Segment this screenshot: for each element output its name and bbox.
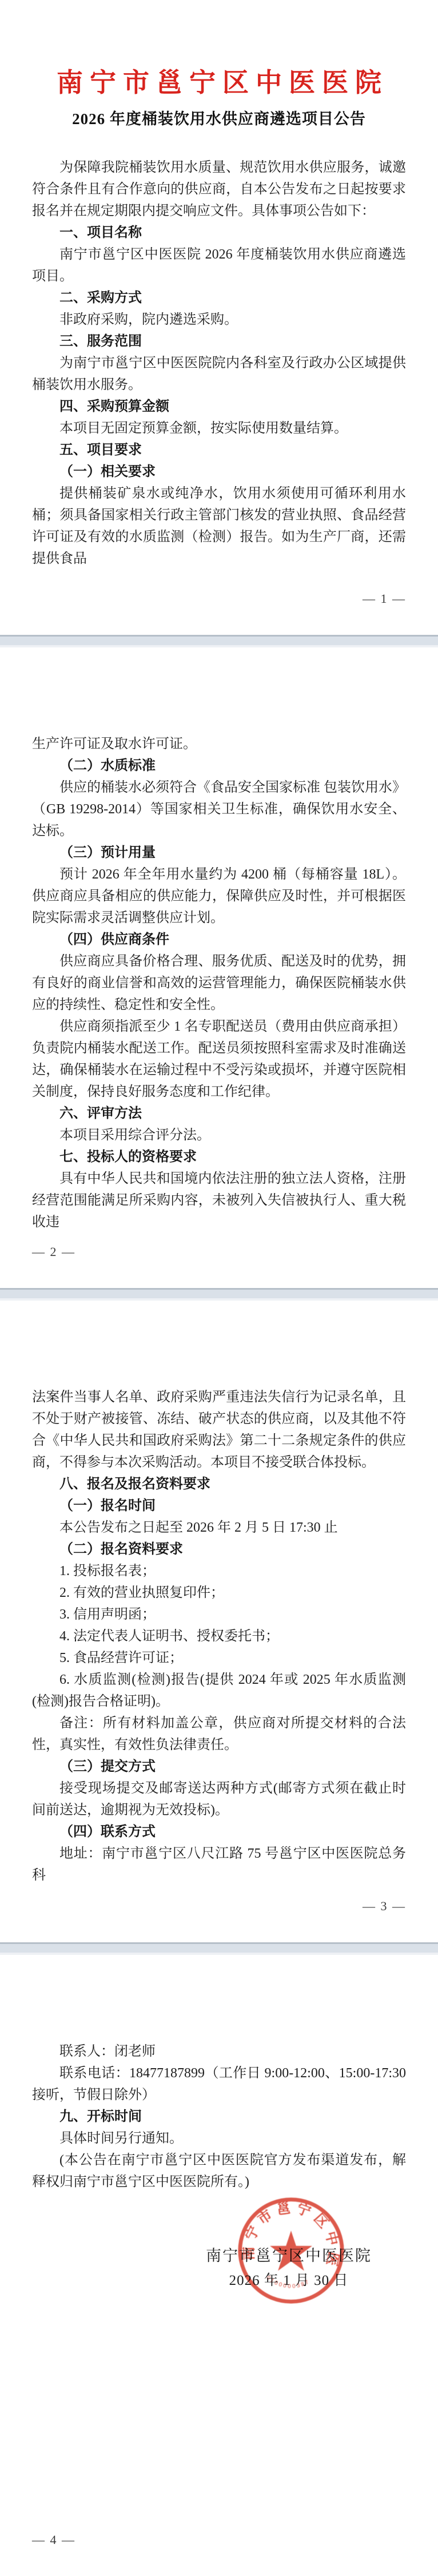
section-heading: 六、评审方法 [32,1103,406,1124]
paragraph: 具体时间另行通知。 [32,2128,406,2149]
paragraph: 地址：南宁市邕宁区八尺江路 75 号邕宁区中医医院总务科 [32,1843,406,1886]
list-item: 3. 信用声明函； [32,1604,406,1625]
page-gap [0,1288,438,1301]
page-number: — 2 — [32,1245,75,1259]
paragraph: 非政府采购，院内遴选采购。 [32,309,406,331]
seal-star-icon [270,2231,312,2271]
list-item: 2. 有效的营业执照复印件； [32,1582,406,1604]
paragraph: (本公告在南宁市邕宁区中医医院官方发布渠道发布，解释权归南宁市邕宁区中医医院所有… [32,2149,406,2193]
subsection-heading: （三）提交方式 [32,1756,406,1778]
official-seal: 南宁市邕宁区中医医院 0100000387 [236,2195,347,2306]
announcement-document: 南宁市邕宁区中医医院 2026 年度桶装饮用水供应商遴选项目公告 为保障我院桶装… [0,0,438,2576]
list-item: 5. 食品经营许可证； [32,1647,406,1669]
page-gap [0,1942,438,1955]
paragraph: 为保障我院桶装饮用水质量、规范饮用水供应服务，诚邀符合条件且有合作意向的供应商，… [32,157,406,222]
paragraph: 本项目无固定预算金额，按实际使用数量结算。 [32,418,406,439]
section-heading: 一、项目名称 [32,222,406,244]
subsection-heading: （一）相关要求 [32,461,406,483]
subsection-heading: （四）供应商条件 [32,929,406,951]
section-heading: 五、项目要求 [32,439,406,461]
paragraph: 本公告发布之日起至 2026 年 2 月 5 日 17:30 止 [32,1517,406,1539]
page-2: 生产许可证及取水许可证。 （二）水质标准 供应的桶装水必须符合《食品安全国家标准… [0,647,438,1288]
paragraph: 生产许可证及取水许可证。 [32,733,406,755]
paragraph: 提供桶装矿泉水或纯净水，饮用水须使用可循环利用水桶；须具备国家相关行政主管部门核… [32,483,406,570]
subsection-heading: （三）预计用量 [32,842,406,864]
paragraph: 预计 2026 年全年用水量约为 4200 桶（每桶容量 18L）。供应商应具备… [32,864,406,929]
subsection-heading: （一）报名时间 [32,1495,406,1517]
subsection-heading: （二）报名资料要求 [32,1539,406,1560]
page-number: — 1 — [363,591,406,606]
paragraph: 备注：所有材料加盖公章，供应商对所提交材料的合法性，真实性，有效性负法律责任。 [32,1712,406,1756]
list-item: 4. 法定代表人证明书、授权委托书； [32,1625,406,1647]
list-item: 6. 水质监测(检测)报告(提供 2024 年或 2025 年水质监测(检测)报… [32,1669,406,1712]
paragraph: 南宁市邕宁区中医医院 2026 年度桶装饮用水供应商遴选项目。 [32,244,406,287]
subsection-heading: （四）联系方式 [32,1821,406,1843]
paragraph: 具有中华人民共和国境内依法注册的独立法人资格，注册经营范围能满足所采购内容，未被… [32,1168,406,1233]
section-heading: 二、采购方式 [32,287,406,309]
section-heading: 八、报名及报名资料要求 [32,1473,406,1495]
paragraph: 本项目采用综合评分法。 [32,1124,406,1146]
paragraph: 供应商须指派至少 1 名专职配送员（费用由供应商承担）负责院内桶装水配送工作。配… [32,1016,406,1103]
section-heading: 四、采购预算金额 [32,396,406,418]
paragraph: 法案件当事人名单、政府采购严重违法失信行为记录名单，且不处于财产被接管、冻结、破… [32,1386,406,1473]
paragraph: 为南宁市邕宁区中医医院院内各科室及行政办公区域提供桶装饮用水服务。 [32,352,406,396]
page-1: 南宁市邕宁区中医医院 2026 年度桶装饮用水供应商遴选项目公告 为保障我院桶装… [0,0,438,635]
seal-serial: 0100000387 [265,2275,312,2289]
page-number: — 4 — [32,2533,75,2547]
section-heading: 七、投标人的资格要求 [32,1146,406,1168]
page-4: 联系人：闭老师 联系电话：18477187899（工作日 9:00-12:00、… [0,1955,438,2576]
page-number: — 3 — [363,1899,406,1914]
paragraph: 供应的桶装水必须符合《食品安全国家标准 包装饮用水》（GB 19298-2014… [32,777,406,842]
section-heading: 三、服务范围 [32,331,406,352]
doc-title: 南宁市邕宁区中医医院 [32,66,406,100]
paragraph: 供应商应具备价格合理、服务优质、配送及时的优势，拥有良好的商业信誉和高效的运营管… [32,951,406,1016]
page-gap [0,635,438,647]
doc-subtitle: 2026 年度桶装饮用水供应商遴选项目公告 [32,106,406,132]
paragraph: 联系电话：18477187899（工作日 9:00-12:00、15:00-17… [32,2062,406,2106]
paragraph: 联系人：闭老师 [32,2041,406,2062]
paragraph: 接受现场提交及邮寄送达两种方式(邮寄方式须在截止时间前送达，逾期视为无效投标)。 [32,1778,406,1821]
list-item: 1. 投标报名表； [32,1560,406,1582]
subsection-heading: （二）水质标准 [32,755,406,777]
page-3: 法案件当事人名单、政府采购严重违法失信行为记录名单，且不处于财产被接管、冻结、破… [0,1301,438,1942]
section-heading: 九、开标时间 [32,2106,406,2128]
